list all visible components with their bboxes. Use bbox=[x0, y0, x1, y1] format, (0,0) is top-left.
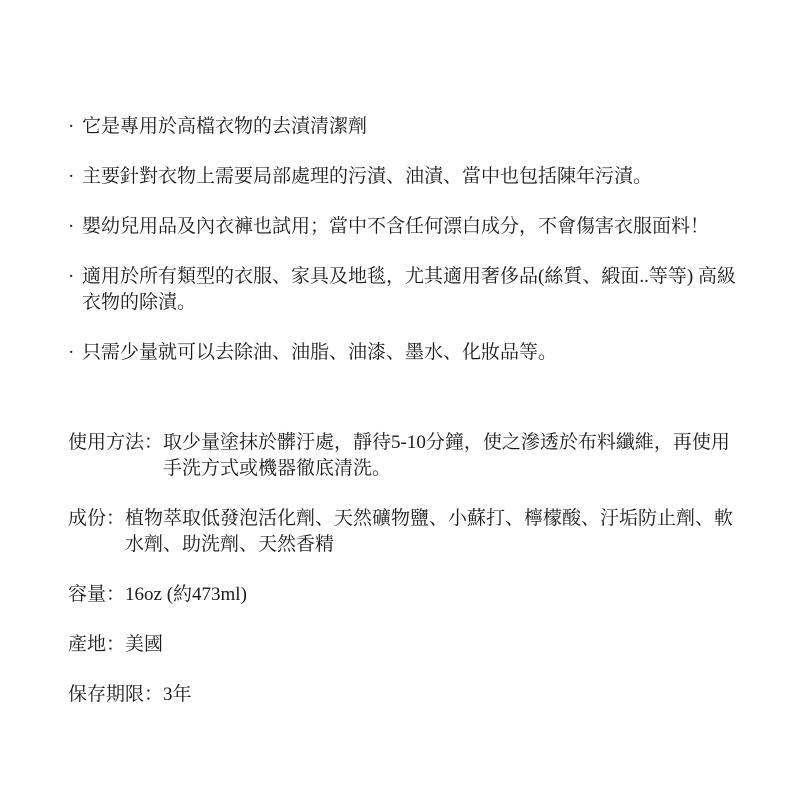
product-description-page: · 它是專用於高檔衣物的去漬清潔劑 · 主要針對衣物上需要局部處理的污漬、油漬、… bbox=[0, 0, 800, 708]
bullet-item: · 它是專用於高檔衣物的去漬清潔劑 bbox=[68, 114, 742, 140]
bullet-text: 只需少量就可以去除油、油脂、油漆、墨水、化妝品等。 bbox=[82, 340, 742, 366]
detail-label: 使用方法： bbox=[68, 430, 163, 456]
detail-row-ingredients: 成份： 植物萃取低發泡活化劑、天然礦物鹽、小蘇打、檸檬酸、汙垢防止劑、軟水劑、助… bbox=[68, 506, 742, 558]
bullet-item: · 主要針對衣物上需要局部處理的污漬、油漬、當中也包括陳年污漬。 bbox=[68, 164, 742, 190]
bullet-item: · 只需少量就可以去除油、油脂、油漆、墨水、化妝品等。 bbox=[68, 340, 742, 366]
bullet-text: 主要針對衣物上需要局部處理的污漬、油漬、當中也包括陳年污漬。 bbox=[82, 164, 742, 190]
detail-label: 產地： bbox=[68, 632, 125, 658]
detail-value: 取少量塗抹於髒汙處，靜待5-10分鐘，使之滲透於布料纖維，再使用手洗方式或機器徹… bbox=[163, 430, 742, 482]
detail-value: 植物萃取低發泡活化劑、天然礦物鹽、小蘇打、檸檬酸、汙垢防止劑、軟水劑、助洗劑、天… bbox=[125, 506, 742, 558]
bullet-marker: · bbox=[68, 264, 82, 290]
product-details-section: 使用方法： 取少量塗抹於髒汙處，靜待5-10分鐘，使之滲透於布料纖維，再使用手洗… bbox=[68, 430, 742, 708]
bullet-marker: · bbox=[68, 214, 82, 240]
bullet-text: 嬰幼兒用品及內衣褲也試用；當中不含任何漂白成分，不會傷害衣服面料！ bbox=[82, 214, 742, 240]
detail-row-usage: 使用方法： 取少量塗抹於髒汙處，靜待5-10分鐘，使之滲透於布料纖維，再使用手洗… bbox=[68, 430, 742, 482]
bullet-marker: · bbox=[68, 340, 82, 366]
bullet-item: · 適用於所有類型的衣服、家具及地毯，尤其適用奢侈品(絲質、緞面..等等) 高級… bbox=[68, 264, 742, 316]
detail-label: 保存期限： bbox=[68, 682, 163, 708]
bullet-text: 它是專用於高檔衣物的去漬清潔劑 bbox=[82, 114, 742, 140]
detail-value: 3年 bbox=[163, 682, 742, 708]
bullet-item: · 嬰幼兒用品及內衣褲也試用；當中不含任何漂白成分，不會傷害衣服面料！ bbox=[68, 214, 742, 240]
detail-label: 容量： bbox=[68, 582, 125, 608]
bullet-marker: · bbox=[68, 164, 82, 190]
bullet-marker: · bbox=[68, 114, 82, 140]
detail-row-origin: 產地： 美國 bbox=[68, 632, 742, 658]
detail-value: 美國 bbox=[125, 632, 742, 658]
detail-value: 16oz (約473ml) bbox=[125, 582, 742, 608]
bullet-text: 適用於所有類型的衣服、家具及地毯，尤其適用奢侈品(絲質、緞面..等等) 高級衣物… bbox=[82, 264, 742, 316]
detail-row-volume: 容量： 16oz (約473ml) bbox=[68, 582, 742, 608]
detail-row-shelf-life: 保存期限： 3年 bbox=[68, 682, 742, 708]
detail-label: 成份： bbox=[68, 506, 125, 532]
